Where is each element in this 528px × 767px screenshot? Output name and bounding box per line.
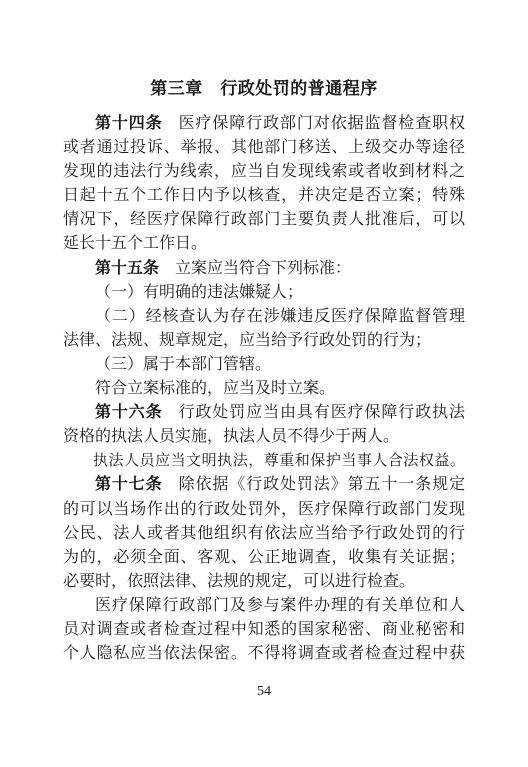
line-text: 立案应当符合下列标准： xyxy=(175,260,351,277)
article-number-label: 第十七条 xyxy=(95,476,163,493)
line-text: 日起十五个工作日内予以核查，并决定是否立案；特殊 xyxy=(63,187,465,204)
line-text: 个人隐私应当依法保密。不得将调查或者检查过程中获 xyxy=(63,645,465,662)
line-text: （二）经核查认为存在涉嫌违反医疗保障监督管理 xyxy=(95,308,465,325)
text-line: 执法人员应当文明执法，尊重和保护当事人合法权益。 xyxy=(63,449,465,473)
line-text: 医疗保障行政部门对依据监督检查职权 xyxy=(179,115,465,132)
line-text: 行政处罚应当由具有医疗保障行政执法 xyxy=(179,404,465,421)
line-text: 延长十五个工作日。 xyxy=(63,235,207,252)
text-line: 情况下，经医疗保障行政部门主要负责人批准后，可以 xyxy=(63,208,465,232)
line-text: 医疗保障行政部门及参与案件办理的有关单位和人 xyxy=(95,597,465,614)
line-text: 的可以当场作出的行政处罚外，医疗保障行政部门发现 xyxy=(63,501,465,518)
line-text: （一）有明确的违法嫌疑人； xyxy=(95,284,303,301)
line-text: 公民、法人或者其他组织有依法应当给予行政处罚的行 xyxy=(63,525,465,542)
line-text: 法律、法规、规章规定，应当给予行政处罚的行为； xyxy=(63,332,431,349)
line-text: 必要时，依照法律、法规的规定，可以进行检查。 xyxy=(63,573,415,590)
text-line: 法律、法规、规章规定，应当给予行政处罚的行为； xyxy=(63,329,465,353)
body-text: 第十四条医疗保障行政部门对依据监督检查职权 或者通过投诉、举报、其他部门移送、上… xyxy=(63,112,465,666)
text-line: 公民、法人或者其他组织有依法应当给予行政处罚的行 xyxy=(63,522,465,546)
article-number-label: 第十四条 xyxy=(95,115,163,132)
text-line: （三）属于本部门管辖。 xyxy=(63,353,465,377)
text-line: 医疗保障行政部门及参与案件办理的有关单位和人 xyxy=(63,594,465,618)
line-text: 除依据《行政处罚法》第五十一条规定 xyxy=(179,476,465,493)
line-text: （三）属于本部门管辖。 xyxy=(95,356,271,373)
line-text: 情况下，经医疗保障行政部门主要负责人批准后，可以 xyxy=(63,211,465,228)
text-line: 第十六条行政处罚应当由具有医疗保障行政执法 xyxy=(63,401,465,425)
text-line: 的可以当场作出的行政处罚外，医疗保障行政部门发现 xyxy=(63,498,465,522)
text-line: 第十五条立案应当符合下列标准： xyxy=(63,257,465,281)
line-text: 执法人员应当文明执法，尊重和保护当事人合法权益。 xyxy=(93,453,465,469)
line-text: 符合立案标准的，应当及时立案。 xyxy=(95,380,335,397)
text-line: （二）经核查认为存在涉嫌违反医疗保障监督管理 xyxy=(63,305,465,329)
text-line: 第十四条医疗保障行政部门对依据监督检查职权 xyxy=(63,112,465,136)
text-line: 个人隐私应当依法保密。不得将调查或者检查过程中获 xyxy=(63,642,465,666)
text-line: 为的，必须全面、客观、公正地调查，收集有关证据； xyxy=(63,546,465,570)
line-text: 或者通过投诉、举报、其他部门移送、上级交办等途径 xyxy=(63,139,465,156)
line-text: 为的，必须全面、客观、公正地调查，收集有关证据； xyxy=(63,549,465,566)
line-text: 发现的违法行为线索，应当自发现线索或者收到材料之 xyxy=(63,163,465,180)
text-line: 第十七条除依据《行政处罚法》第五十一条规定 xyxy=(63,473,465,497)
article-number-label: 第十五条 xyxy=(95,260,159,277)
line-text: 员对调查或者检查过程中知悉的国家秘密、商业秘密和 xyxy=(63,621,465,638)
text-line: 发现的违法行为线索，应当自发现线索或者收到材料之 xyxy=(63,160,465,184)
text-line: （一）有明确的违法嫌疑人； xyxy=(63,281,465,305)
article-number-label: 第十六条 xyxy=(95,404,163,421)
document-page: 第三章 行政处罚的普通程序 第十四条医疗保障行政部门对依据监督检查职权 或者通过… xyxy=(0,0,528,767)
text-line: 必要时，依照法律、法规的规定，可以进行检查。 xyxy=(63,570,465,594)
text-line: 员对调查或者检查过程中知悉的国家秘密、商业秘密和 xyxy=(63,618,465,642)
text-line: 或者通过投诉、举报、其他部门移送、上级交办等途径 xyxy=(63,136,465,160)
chapter-title: 第三章 行政处罚的普通程序 xyxy=(0,78,528,100)
text-line: 延长十五个工作日。 xyxy=(63,232,465,256)
text-line: 资格的执法人员实施，执法人员不得少于两人。 xyxy=(63,425,465,449)
page-number: 54 xyxy=(0,684,528,700)
line-text: 资格的执法人员实施，执法人员不得少于两人。 xyxy=(63,428,399,445)
text-line: 日起十五个工作日内予以核查，并决定是否立案；特殊 xyxy=(63,184,465,208)
text-line: 符合立案标准的，应当及时立案。 xyxy=(63,377,465,401)
